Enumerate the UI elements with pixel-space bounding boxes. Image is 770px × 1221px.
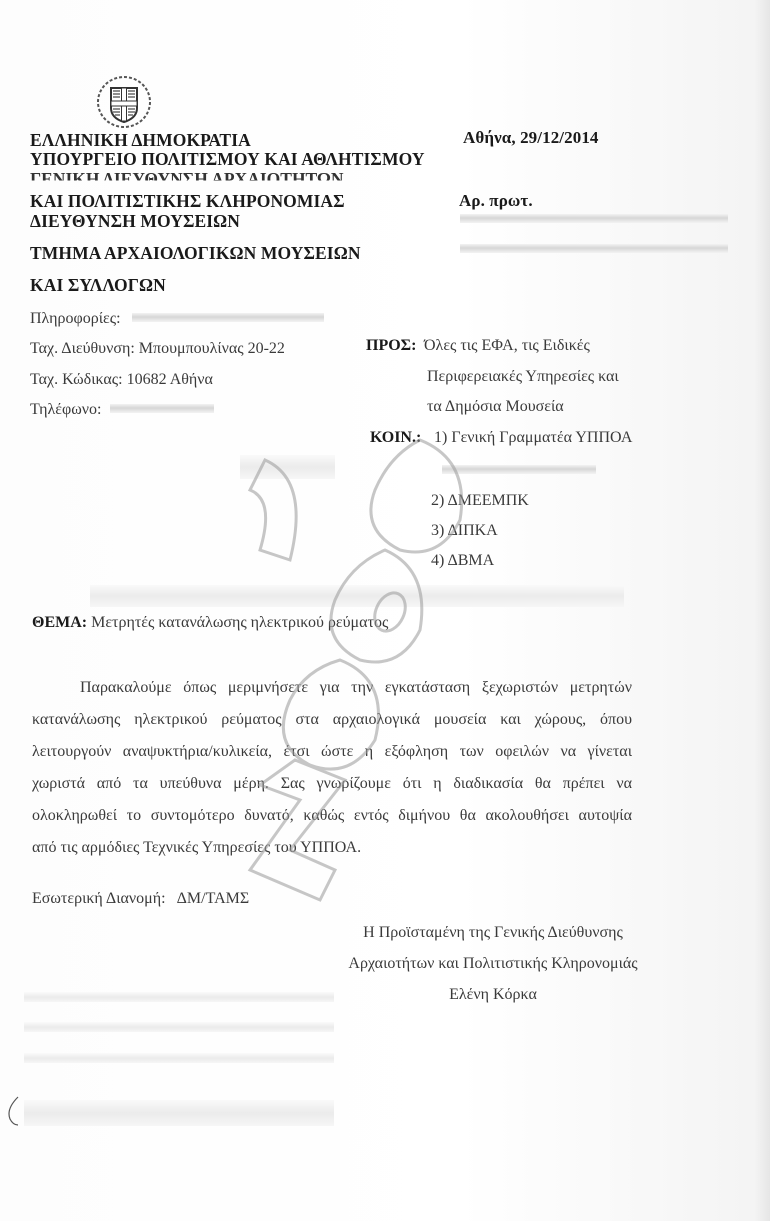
internal-distribution-label: Εσωτερική Διανομή: [32, 890, 166, 907]
subject-line: ΘΕΜΑ: Μετρητές κατανάλωσης ηλεκτρικού ρε… [32, 614, 388, 632]
subject-label: ΘΕΜΑ: [32, 614, 87, 631]
redacted-cc-detail [442, 465, 596, 474]
department-line-1: ΤΜΗΜΑ ΑΡΧΑΙΟΛΟΓΙΚΩΝ ΜΟΥΣΕΙΩΝ [30, 243, 361, 264]
pen-mark [6, 1095, 20, 1132]
phone-label: Τηλέφωνο: [30, 401, 101, 419]
greek-coat-of-arms-icon [94, 74, 154, 130]
cc-item-1: 1) Γενική Γραμματέα ΥΠΠΟΑ [434, 429, 632, 447]
body-line: από τις αρμόδιες Τεχνικές Υπηρεσίες του … [32, 832, 632, 864]
postal-address: Ταχ. Διεύθυνση: Μπουμπουλίνας 20-22 [30, 340, 285, 358]
body-line: Παρακαλούμε όπως μεριμνήσετε για την εγκ… [32, 672, 632, 704]
header-line-ministry: ΥΠΟΥΡΓΕΙΟ ΠΟΛΙΤΙΣΜΟΥ ΚΑΙ ΑΘΛΗΤΙΣΜΟΥ [30, 149, 425, 170]
to-line-2: Περιφερειακές Υπηρεσίες και [427, 368, 619, 386]
to-line-1: Όλες τις ΕΦΑ, τις Ειδικές [424, 337, 590, 355]
signature-name: Ελένη Κόρκα [320, 980, 666, 1009]
cc-item-3: 3) ΔΙΠΚΑ [431, 522, 498, 540]
redacted-footer-2 [24, 1022, 334, 1032]
to-label: ΠΡΟΣ: [366, 337, 416, 355]
header-line-general-directorate: ΓΕΝΙΚΗ ΔΙΕΥΘΥΝΣΗ ΑΡΧΑΙΟΤΗΤΩΝ [30, 169, 344, 190]
internal-distribution: Εσωτερική Διανομή: ΔΜ/ΤΑΜΣ [32, 890, 249, 908]
internal-distribution-value: ΔΜ/ΤΑΜΣ [177, 890, 250, 907]
body-paragraph: Παρακαλούμε όπως μεριμνήσετε για την εγκ… [32, 672, 632, 864]
document-date: Αθήνα, 29/12/2014 [463, 128, 599, 148]
redacted-block-left [240, 455, 335, 479]
redacted-footer-3 [24, 1053, 334, 1063]
redacted-footer-1 [24, 992, 334, 1002]
header-line-cultural-heritage: ΚΑΙ ΠΟΛΙΤΙΣΤΙΚΗΣ ΚΛΗΡΟΝΟΜΙΑΣ [30, 191, 345, 212]
signature-title-1: Η Προϊσταμένη της Γενικής Διεύθυνσης [320, 918, 666, 947]
redacted-protocol-number [460, 214, 728, 223]
signature-title-2: Αρχαιοτήτων και Πολιτιστικής Κληρονομιάς [320, 949, 666, 978]
postal-code: Ταχ. Κώδικας: 10682 Αθήνα [30, 371, 213, 389]
info-label: Πληροφορίες: [30, 310, 121, 328]
body-line: χωριστά από τα υπεύθυνα μέρη. Σας γνωρίζ… [32, 768, 632, 800]
document-page: ΕΛΛΗΝΙΚΗ ΔΗΜΟΚΡΑΤΙΑ ΥΠΟΥΡΓΕΙΟ ΠΟΛΙΤΙΣΜΟΥ… [0, 0, 770, 1221]
redacted-protocol-number-2 [460, 244, 728, 253]
cc-item-4: 4) ΔΒΜΑ [431, 552, 494, 570]
to-line-3: τα Δημόσια Μουσεία [427, 398, 564, 416]
body-line: κατανάλωσης ηλεκτρικού ρεύματος στα αρχα… [32, 704, 632, 736]
header-line-republic: ΕΛΛΗΝΙΚΗ ΔΗΜΟΚΡΑΤΙΑ [30, 130, 251, 151]
body-line: λειτουργούν αναψυκτήρια/κυλικεία, έτσι ώ… [32, 736, 632, 768]
header-line-museums-directorate: ΔΙΕΥΘΥΝΣΗ ΜΟΥΣΕΙΩΝ [30, 211, 240, 232]
protocol-number-label: Αρ. πρωτ. [459, 191, 533, 211]
cc-item-2: 2) ΔΜΕΕΜΠΚ [431, 492, 529, 510]
redacted-phone [110, 404, 214, 413]
body-line: ολοκληρωθεί το συντομότερο δυνατό, καθώς… [32, 800, 632, 832]
subject-text: Μετρητές κατανάλωσης ηλεκτρικού ρεύματος [91, 614, 388, 631]
cc-label: ΚΟΙΝ.: [370, 429, 421, 447]
redacted-info-contact [132, 313, 324, 322]
department-line-2: ΚΑΙ ΣΥΛΛΟΓΩΝ [30, 275, 166, 296]
redacted-block-wide [90, 585, 624, 607]
redacted-footer-4 [24, 1100, 334, 1126]
